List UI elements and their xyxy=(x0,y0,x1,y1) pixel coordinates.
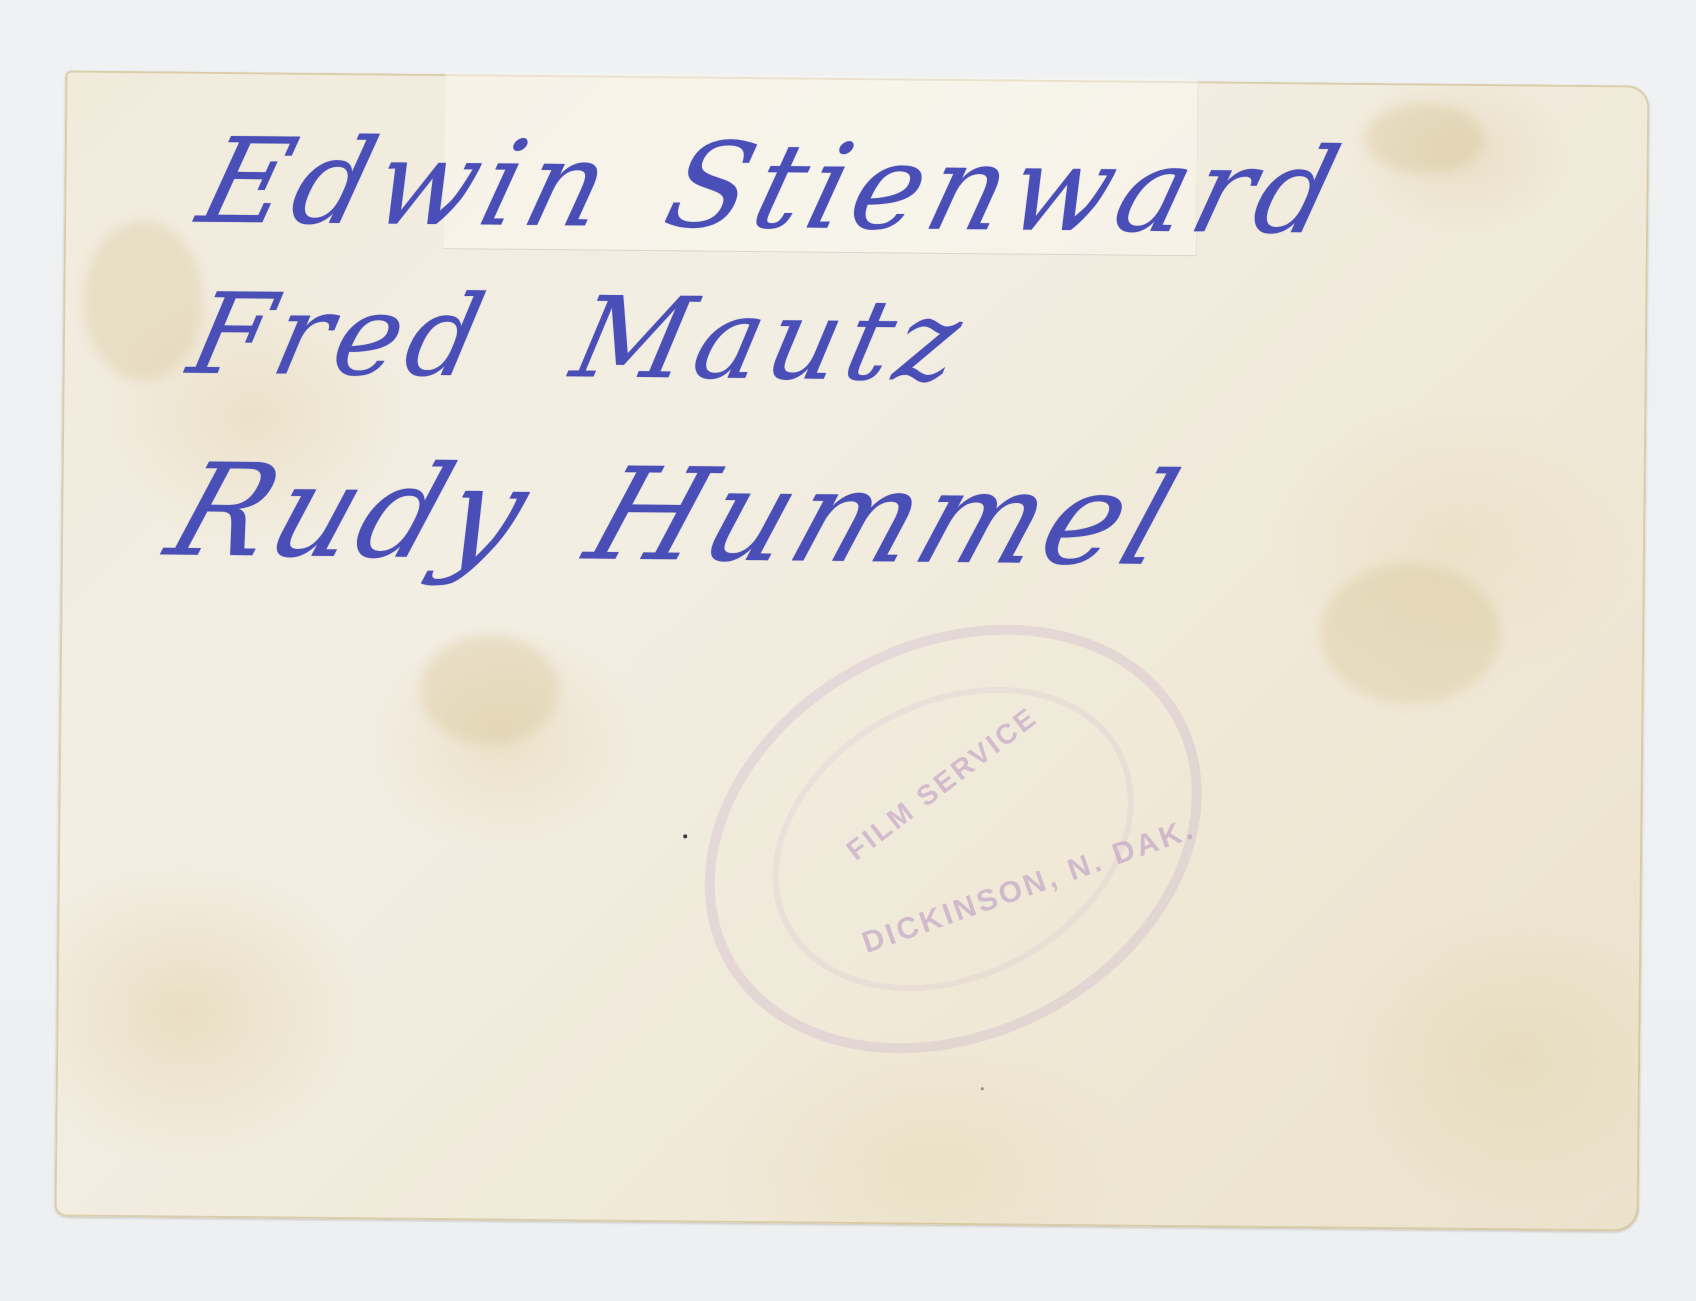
age-stain xyxy=(83,221,205,382)
last-name: Mautz xyxy=(562,273,978,406)
last-name: Hummel xyxy=(570,441,1197,595)
handwritten-name-1: EdwinStienward xyxy=(187,112,1358,261)
age-stain xyxy=(419,634,560,745)
first-name: Rudy xyxy=(151,437,550,589)
last-name: Stienward xyxy=(653,116,1358,260)
age-stain xyxy=(1365,103,1486,174)
age-stain xyxy=(1320,562,1501,704)
first-name: Fred xyxy=(179,270,501,403)
dust-speck xyxy=(981,1087,984,1090)
first-name: Edwin xyxy=(187,112,629,254)
handwritten-name-3: RudyHummel xyxy=(151,437,1197,595)
photo-card-back: EdwinStienward FredMautz RudyHummel FILM… xyxy=(55,70,1650,1231)
faded-ink-stamp: FILM SERVICE DICKINSON, N. DAK. xyxy=(630,542,1276,1137)
dust-speck xyxy=(683,834,687,838)
handwritten-name-2: FredMautz xyxy=(179,270,979,407)
